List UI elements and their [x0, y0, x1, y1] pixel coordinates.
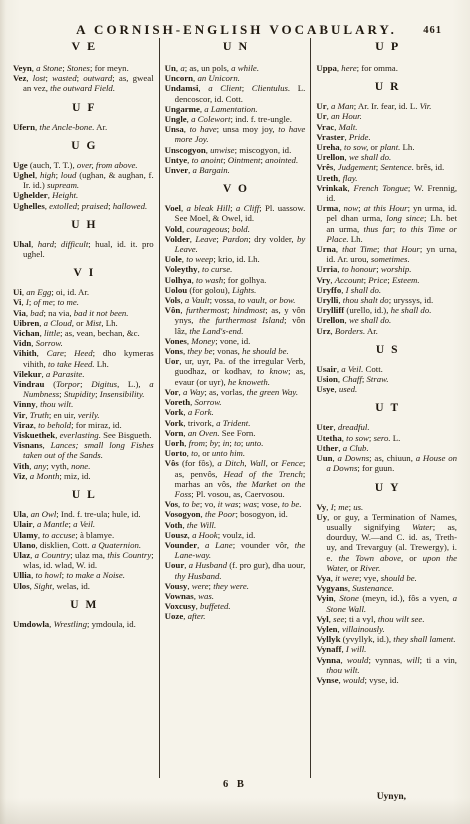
scanned-book-page: A CORNISH-ENGLISH VOCABULARY. 461 VE Vey…	[0, 0, 470, 824]
gloss-italic: sero.	[374, 433, 391, 443]
dictionary-entry: Ula, an Owl; Ind. f. tre-ula; hule, id.	[13, 509, 154, 519]
section-head-us: US	[316, 344, 457, 356]
dictionary-entry: Uibren, a Cloud, or Mist, Lh.	[13, 318, 154, 328]
gloss-roman: ; krio, id. Lh.	[213, 254, 259, 264]
headword: Utetha	[316, 433, 341, 443]
gloss-roman: ; unsa moy joy,	[217, 124, 279, 134]
gloss-italic: he shall do.	[391, 305, 432, 315]
gloss-italic: Leave	[195, 234, 216, 244]
gloss-italic: a Client	[208, 83, 242, 93]
gloss-italic: wasted	[52, 73, 76, 83]
gloss-italic: to accuse	[42, 530, 75, 540]
headword: Ulos	[13, 581, 30, 591]
dictionary-entry: Uorto, to, or unto him.	[165, 448, 306, 458]
gloss-italic: bad it not been.	[74, 308, 129, 318]
gloss-italic: Digitus	[91, 379, 117, 389]
dictionary-entry: Ufern, the Ancle-bone. Ar.	[13, 122, 154, 132]
headword: Uor	[165, 356, 180, 366]
headword: Vownas	[165, 591, 194, 601]
gloss-italic: the outward Field.	[50, 83, 115, 93]
page-number: 461	[423, 25, 442, 36]
headword: Ur	[316, 101, 326, 111]
dictionary-entry: Veyn, a Stone; Stones; for meyn.	[13, 63, 154, 73]
gloss-italic: thus far	[364, 224, 393, 234]
headword: Vynna	[316, 655, 340, 665]
gloss-italic: to weep	[186, 254, 213, 264]
dictionary-entry: Vy, I; me; us.	[316, 502, 457, 512]
headword: Unsa	[165, 124, 184, 134]
gloss-roman: ,	[198, 83, 208, 93]
gloss-italic: to honour	[342, 264, 376, 274]
headword: Ufern	[13, 122, 35, 132]
gloss-roman: ; for miraz, id.	[71, 420, 122, 430]
gloss-roman: (for golou),	[187, 285, 232, 295]
dictionary-entry: Vôn, furthermost; hindmost; as, y vôn yn…	[165, 305, 306, 336]
gloss-roman: , welas, id.	[52, 581, 90, 591]
dictionary-entry: Vownas, was.	[165, 591, 306, 601]
gloss-italic: that Time	[342, 244, 377, 254]
gloss-roman: ; for golhya.	[223, 275, 266, 285]
dictionary-entry: Vold, courageous; bold.	[165, 224, 306, 234]
gloss-italic: we shall do.	[349, 315, 391, 325]
headword: Uy	[316, 512, 327, 522]
dictionary-entry: Uole, to weep; krio, id. Lh.	[165, 254, 306, 264]
dictionary-entry: Vyin, Stone (meyn, id.), fôs a vyen, a S…	[316, 593, 457, 613]
gloss-roman: ; for omma.	[357, 63, 398, 73]
dictionary-entry: Ughelles, extolled; praised; hallowed.	[13, 201, 154, 211]
gloss-italic: to sow,	[344, 142, 368, 152]
gloss-roman: ,	[43, 440, 51, 450]
dictionary-entry: Ungarme, a Lamentation.	[165, 104, 306, 114]
dictionary-entry: Usion, Chaff; Straw.	[316, 374, 457, 384]
dictionary-entry: Unver, a Bargain.	[165, 165, 306, 175]
gloss-italic: Lights.	[232, 285, 256, 295]
gloss-roman: , or	[72, 318, 86, 328]
gloss-italic: French Tongue	[353, 183, 407, 193]
headword: Vyin	[316, 593, 333, 603]
gloss-italic: difficult	[61, 239, 88, 249]
gloss-roman: ; for meyn.	[90, 63, 129, 73]
gloss-roman: ; en uir,	[49, 410, 78, 420]
gloss-roman: Ar.	[94, 122, 107, 132]
gloss-roman: ; vyth,	[46, 461, 71, 471]
gloss-italic: a Ditch	[217, 458, 244, 468]
headword: Vry	[316, 275, 330, 285]
headword: Via	[13, 308, 26, 318]
dictionary-entry: Uoze, after.	[165, 611, 306, 621]
headword: Vyllyk	[316, 634, 340, 644]
gloss-roman: (auch, T. T.),	[28, 160, 77, 170]
headword: Vos	[165, 499, 178, 509]
gloss-italic: Stones	[67, 63, 90, 73]
gloss-italic: used.	[339, 384, 357, 394]
dictionary-entry: Vôs (for fôs), a Ditch, Wall, or Fence; …	[165, 458, 306, 499]
gloss-italic: supream.	[47, 180, 79, 190]
dictionary-entry: Urellon, we shall do.	[316, 315, 457, 325]
dictionary-entry: Vols, a Vault; vossa, to vault, or bow.	[165, 295, 306, 305]
gloss-italic: Ointment	[228, 155, 261, 165]
gloss-italic: now	[343, 203, 358, 213]
gloss-italic: Height.	[52, 190, 78, 200]
gloss-roman: ; uryssys, id.	[389, 295, 433, 305]
dictionary-entry: Vynna, would; vynnas, will; ti a vin, th…	[316, 655, 457, 675]
headword: Uryffo	[316, 285, 341, 295]
gloss-italic: worship.	[381, 264, 412, 274]
dictionary-entry: Vork, a Fork.	[165, 407, 306, 417]
headword: Ui	[13, 287, 22, 297]
headword: Unscogyon	[165, 145, 206, 155]
gloss-roman: ; vye,	[359, 573, 381, 583]
headword: Urylliff	[316, 305, 344, 315]
gloss-italic: to behold	[38, 420, 71, 430]
gloss-italic: Money	[191, 336, 215, 346]
dictionary-entry: Uy, or guy, a Termination of Names, usua…	[316, 512, 457, 573]
gloss-italic: a Bargain.	[193, 165, 230, 175]
headword: Vith	[13, 461, 29, 471]
headword: Vorn	[165, 428, 184, 438]
column-3-body: Uppa, here; for omma.URUr, a Man; Ar. Ir…	[316, 63, 457, 685]
dictionary-entry: Uter, dreadful.	[316, 422, 457, 432]
headword: Vez	[13, 73, 26, 83]
gloss-roman: ;	[242, 83, 252, 93]
headword: Volder	[165, 234, 190, 244]
gloss-italic: high	[40, 170, 56, 180]
gloss-italic: Heed	[74, 348, 93, 358]
gloss-italic: Care	[47, 348, 64, 358]
gloss-italic: a Man	[331, 101, 354, 111]
gloss-italic: Pride.	[349, 132, 371, 142]
dictionary-entry: Uour, a Husband (f. pro gur), dha uour, …	[165, 560, 306, 580]
dictionary-entry: Vounder, a Lane; vounder vôr, the Lane-w…	[165, 540, 306, 560]
gloss-italic: Chaff	[342, 374, 362, 384]
gloss-roman: Cott.	[363, 364, 383, 374]
gloss-italic: a Lamentation.	[204, 104, 257, 114]
gloss-italic: to curse.	[202, 264, 232, 274]
gloss-roman: L.	[391, 433, 401, 443]
headword: Vosogyon	[165, 509, 201, 519]
gloss-roman: (for fôs),	[179, 458, 217, 468]
gloss-italic: Stupidity	[64, 389, 95, 399]
dictionary-entry: Ungle, a Colewort; ind. f. tre-ungle.	[165, 114, 306, 124]
gloss-italic: a Downs	[338, 453, 370, 463]
dictionary-entry: Vylen, villainously.	[316, 624, 457, 634]
headword: Vrês	[316, 162, 333, 172]
gloss-italic: Esteem.	[392, 275, 420, 285]
headword: Visnans	[13, 440, 43, 450]
headword: Uncorn	[165, 73, 193, 83]
gloss-italic: to know	[257, 366, 288, 376]
gloss-italic: unto.	[246, 438, 264, 448]
gloss-roman: ; ymdoula, id.	[87, 619, 136, 629]
gloss-italic: this Country	[107, 550, 151, 560]
headword: Ulano	[13, 540, 36, 550]
headword: Vynaff	[316, 644, 341, 654]
gloss-italic: at this Hour	[364, 203, 408, 213]
gloss-italic: sometimes.	[371, 254, 410, 264]
headword: Voth	[165, 520, 183, 530]
headword: Ula	[13, 509, 26, 519]
gloss-roman: ; miscogyon, id.	[235, 145, 292, 155]
gloss-roman: ; bosogyon, id.	[235, 509, 287, 519]
dictionary-entry: Uncorn, an Unicorn.	[165, 73, 306, 83]
dictionary-entry: Vork, trivork, a Trident.	[165, 418, 306, 428]
gloss-italic: a Way	[183, 387, 204, 397]
gloss-italic: over, from above.	[77, 160, 138, 170]
dictionary-entry: Uor, ur, uyr, Pa. of the irregular Verb,…	[165, 356, 306, 387]
gloss-italic: the Ancle-bone.	[39, 122, 94, 132]
dictionary-entry: Ulos, Sight, welas, id.	[13, 581, 154, 591]
headword: Urellon	[316, 152, 344, 162]
gloss-roman: , trivork,	[183, 418, 216, 428]
dictionary-entry: Voel, a bleak Hill; a Cliff; Pl. uassow.…	[165, 203, 306, 223]
headword: Vones	[165, 336, 187, 346]
headword: Uoze	[165, 611, 184, 621]
gloss-roman: ; ind. f. tre-ungle.	[230, 114, 292, 124]
gloss-italic: a Lane	[205, 540, 233, 550]
headword: Vy	[316, 502, 326, 512]
headword: Vraster	[316, 132, 344, 142]
dictionary-entry: Vosogyon, the Poor; bosogyon, id.	[165, 509, 306, 519]
gloss-roman: ;	[393, 224, 400, 234]
headword: Vygyans	[316, 583, 347, 593]
headword: Ullia	[13, 570, 31, 580]
gloss-roman: or	[348, 563, 360, 573]
column-1-header: VE	[13, 39, 154, 54]
dictionary-entry: Vrinkak, French Tongue; W. Frennig, id.	[316, 183, 457, 203]
column-2-header: UN	[165, 39, 306, 54]
dictionary-entry: Uousz, a Hook; voulz, id.	[165, 530, 306, 540]
headword: Vilekur	[13, 369, 42, 379]
headword: Vons	[165, 346, 183, 356]
headword: Ureha	[316, 142, 339, 152]
column-2: UN Un, a; as, un pols, a while.Uncorn, a…	[159, 38, 311, 778]
gloss-roman: ; as, un pols,	[185, 63, 231, 73]
gloss-italic: to,	[191, 448, 200, 458]
gloss-italic: everlasting.	[60, 430, 101, 440]
dictionary-entry: Uppa, here; for omma.	[316, 63, 457, 73]
dictionary-entry: Ur, an Hour.	[316, 111, 457, 121]
gloss-italic: they were.	[213, 581, 249, 591]
dictionary-entry: Ulaz, a Country; ulaz ma, this Country; …	[13, 550, 154, 570]
gloss-italic: to sow	[346, 433, 369, 443]
gloss-roman: ,	[197, 540, 205, 550]
gloss-italic: to me.	[57, 297, 79, 307]
gloss-roman: or	[368, 142, 380, 152]
dictionary-entry: Vousy, were; they were.	[165, 581, 306, 591]
dictionary-entry: Vilekur, a Parasite.	[13, 369, 154, 379]
catchword: Uynyn,	[377, 792, 406, 802]
gloss-roman: ; ti a vyl,	[344, 614, 377, 624]
gloss-italic: a while.	[231, 63, 259, 73]
gloss-italic: the Will.	[187, 520, 216, 530]
gloss-roman: ;	[64, 348, 74, 358]
headword: Undamsi	[165, 83, 199, 93]
gloss-italic: a Colewort	[191, 114, 230, 124]
gloss-italic: to have	[190, 124, 217, 134]
dictionary-entry: Vry, Account; Price; Esteem.	[316, 275, 457, 285]
gloss-italic: any	[34, 461, 47, 471]
headword: Vihith	[13, 348, 37, 358]
dictionary-entry: Visnans, Lances; small long Fishes taken…	[13, 440, 154, 460]
gloss-italic: by	[210, 438, 218, 448]
gloss-italic: flay.	[343, 173, 358, 183]
dictionary-entry: Umdowla, Wrestling; ymdoula, id.	[13, 619, 154, 629]
headword: Uther	[316, 443, 338, 453]
gloss-italic: would	[347, 655, 369, 665]
headword: Uge	[13, 160, 28, 170]
gloss-italic: Malt.	[339, 122, 358, 132]
gloss-italic: see	[333, 614, 344, 624]
gloss-italic: that Hour	[384, 244, 420, 254]
headword: Vinny	[13, 399, 36, 409]
gloss-roman: ,	[37, 348, 47, 358]
gloss-italic: Insensibility.	[100, 389, 145, 399]
dictionary-entry: Via, bad; na via, bad it not been.	[13, 308, 154, 318]
headword: Ulaz	[13, 550, 30, 560]
dictionary-entry: Vinny, thou wilt.	[13, 399, 154, 409]
headword: Uppa	[316, 63, 337, 73]
gloss-roman: ; Pl. vosou, as, Caervosou.	[191, 489, 284, 499]
gloss-italic: us.	[353, 502, 363, 512]
gloss-italic: to anoint	[192, 155, 224, 165]
gloss-italic: a Parasite.	[46, 369, 85, 379]
column-3-header: UP	[316, 39, 457, 54]
headword: Urellon	[316, 315, 344, 325]
gloss-roman: ; voulz, id.	[218, 530, 256, 540]
gloss-roman: ; Ar. Ir. fear, id. L.	[354, 101, 420, 111]
gloss-italic: they shall lament.	[393, 634, 455, 644]
gloss-roman: See Forn.	[220, 428, 256, 438]
gloss-italic: dreadful.	[338, 422, 370, 432]
dictionary-entry: Vyl, see; ti a vyl, thou wilt see.	[316, 614, 457, 624]
dictionary-entry: Uther, a Club.	[316, 443, 457, 453]
gloss-italic: were	[192, 581, 209, 591]
headword: Uousz	[165, 530, 188, 540]
gloss-italic: Vir.	[420, 101, 432, 111]
section-head-ur: UR	[316, 81, 457, 93]
gloss-italic: villainously.	[342, 624, 385, 634]
gloss-roman: ; as, vorlas,	[204, 387, 246, 397]
dictionary-entry: Viz, a Month; miz, id.	[13, 471, 154, 481]
dictionary-entry: Viskuethek, everlasting. See Bisgueth.	[13, 430, 154, 440]
gloss-italic: I will.	[346, 644, 367, 654]
headword: Vols	[165, 295, 181, 305]
headword: Uun	[316, 453, 332, 463]
gloss-roman: ; Ind. f. tre-ula; hule, id.	[56, 509, 140, 519]
dictionary-entry: Ughel, high; loud (ughan, & aughan, f. I…	[13, 170, 154, 190]
gloss-italic: from	[189, 438, 205, 448]
gloss-italic: the furthermost Island	[199, 315, 284, 325]
headword: Ur	[316, 111, 326, 121]
gloss-roman: ; for guun.	[357, 463, 394, 473]
section-head-ut: UT	[316, 402, 457, 414]
gloss-italic: thou wilt.	[326, 665, 359, 675]
gloss-italic: lost	[33, 73, 46, 83]
gloss-italic: Wall	[250, 458, 266, 468]
gloss-italic: hindmost	[233, 305, 265, 315]
dictionary-entry: Uun, a Downs; as, chiuun, a House on a D…	[316, 453, 457, 473]
section-head-um: UM	[13, 599, 154, 611]
gloss-italic: Pardon	[222, 234, 248, 244]
dictionary-entry: Vorn, an Oven. See Forn.	[165, 428, 306, 438]
gloss-italic: a Trident.	[216, 418, 250, 428]
headword: Ureth	[316, 173, 338, 183]
section-head-vo: VO	[165, 183, 306, 195]
gloss-roman: ; vo,	[200, 499, 218, 509]
gloss-italic: Stone	[339, 593, 359, 603]
gloss-roman: ; vone, id.	[215, 336, 250, 346]
dictionary-entry: Vones, Money; vone, id.	[165, 336, 306, 346]
gloss-italic: verily.	[78, 410, 100, 420]
gloss-italic: little	[44, 328, 60, 338]
gloss-italic: it were	[335, 573, 359, 583]
headword: Un	[165, 63, 176, 73]
gloss-italic: here	[341, 63, 356, 73]
dictionary-entry: Unscogyon, unwise; miscogyon, id.	[165, 145, 306, 155]
dictionary-entry: Urria, to honour; worship.	[316, 264, 457, 274]
gloss-italic: thou wilt see.	[378, 614, 425, 624]
gloss-italic: was	[243, 499, 257, 509]
gloss-roman: , L.),	[117, 379, 149, 389]
headword: Ughelder	[13, 190, 48, 200]
gloss-italic: Price	[368, 275, 387, 285]
gloss-roman: ; ti a vin,	[420, 655, 457, 665]
headword: Ungle	[165, 114, 187, 124]
headword: Uolhya	[165, 275, 192, 285]
dictionary-entry: Urylliff (urello, id.), he shall do.	[316, 305, 457, 315]
gloss-italic: Straw.	[366, 374, 388, 384]
dictionary-entry: Ulano, disklien, Cott. a Quaternion.	[13, 540, 154, 550]
gloss-italic: it was	[218, 499, 239, 509]
gloss-italic: Account	[335, 275, 364, 285]
headword: Uolou	[165, 285, 188, 295]
dictionary-entry: Vrês, Judgement; Sentence. brês, id.	[316, 162, 457, 172]
gloss-italic: loud	[61, 170, 77, 180]
headword: Uorh	[165, 438, 185, 448]
headword: Ungarme	[165, 104, 200, 114]
gloss-italic: outward	[83, 73, 112, 83]
headword: Voel	[165, 203, 181, 213]
gloss-italic: a Husband	[189, 560, 227, 570]
headword: Vrinkak	[316, 183, 347, 193]
headword: Vork	[165, 418, 184, 428]
gloss-italic: thou wilt.	[40, 399, 73, 409]
gloss-italic: anointed.	[265, 155, 298, 165]
dictionary-entry: Urma, now; at this Hour; yn urma, id. pe…	[316, 203, 457, 244]
gloss-roman: Ar.	[365, 326, 378, 336]
gloss-italic: thy Husband.	[175, 571, 222, 581]
dictionary-entry: Urna, that Time; that Hour; yn urna, id.…	[316, 244, 457, 264]
dictionary-entry: Vindrau (Torpor; Digitus, L.), a Numbnes…	[13, 379, 154, 399]
gloss-italic: a Month	[30, 471, 60, 481]
dictionary-entry: Vihith, Care; Heed; dho kymeras vihith, …	[13, 348, 154, 368]
dictionary-entry: Vi, I; of me; to me.	[13, 297, 154, 307]
gloss-italic: courageous	[186, 224, 227, 234]
headword: Vichan	[13, 328, 40, 338]
gloss-italic: the Poor	[205, 509, 236, 519]
section-head-uy: UY	[316, 482, 457, 494]
dictionary-entry: Voth, the Will.	[165, 520, 306, 530]
dictionary-entry: Uolhya, to wash; for golhya.	[165, 275, 306, 285]
dictionary-entry: Uolou (for golou), Lights.	[165, 285, 306, 295]
gloss-italic: Water	[412, 522, 433, 532]
headword: Uole	[165, 254, 182, 264]
gloss-italic: Sorrow.	[195, 397, 222, 407]
dictionary-entry: Ullia, to howl; to make a Noise.	[13, 570, 154, 580]
headword: Uorto	[165, 448, 187, 458]
gloss-italic: Clientulus.	[252, 83, 290, 93]
headword: Urna	[316, 244, 336, 254]
